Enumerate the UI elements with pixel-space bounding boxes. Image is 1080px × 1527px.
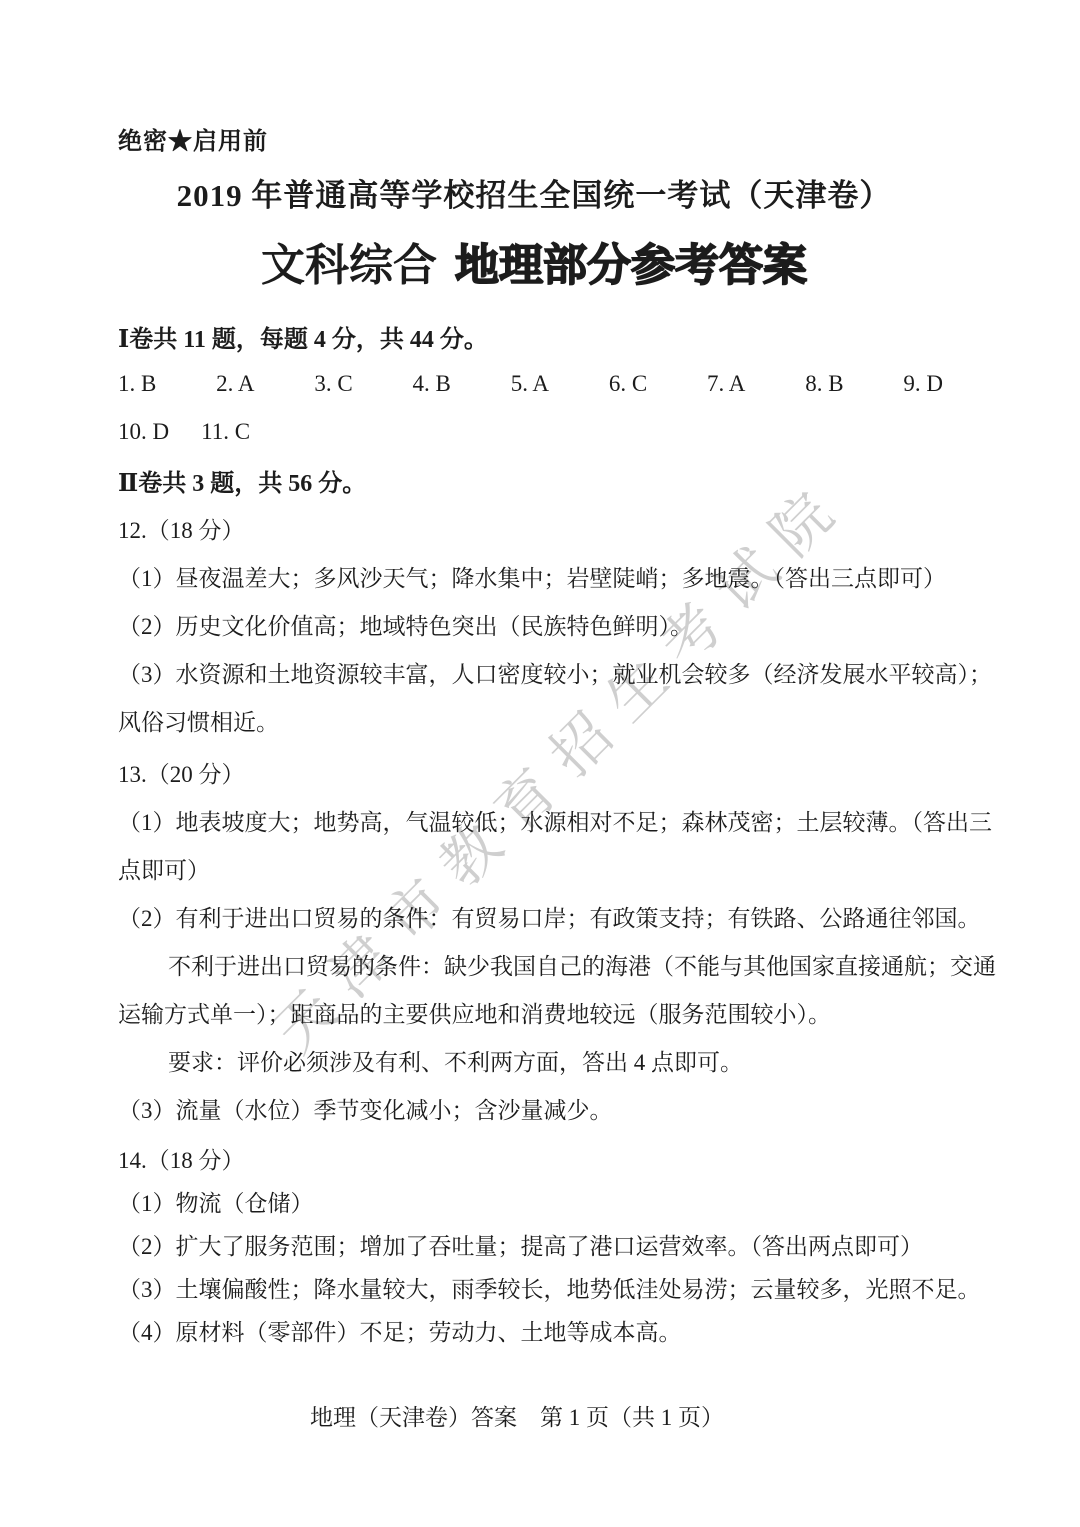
- part1-header: Ⅰ卷共 11 题，每题 4 分，共 44 分。: [118, 312, 950, 360]
- subject-title-liberal-arts: 文科综合: [261, 241, 437, 290]
- answers-row-1: 1. B 2. A 3. C 4. B 5. A 6. C 7. A 8. B …: [118, 360, 943, 408]
- exam-answer-page: 天津市教育招生考试院 绝密★启用前 2019 年普通高等学校招生全国统一考试（天…: [0, 0, 1080, 1527]
- q14-answer-line-2: （2）扩大了服务范围；增加了吞吐量；提高了港口运营效率。（答出两点即可）: [118, 1223, 950, 1266]
- q13-answer-line-2: 点即可）: [118, 844, 950, 892]
- q12-answer-line-2: （2）历史文化价值高；地域特色突出（民族特色鲜明）。: [118, 600, 950, 648]
- question-14-title: 14.（18 分）: [118, 1136, 950, 1180]
- answer-item-1: 1. B: [118, 371, 156, 397]
- q14-answer-line-4: （4）原材料（零部件）不足；劳动力、土地等成本高。: [118, 1309, 950, 1352]
- q13-answer-line-1: （1）地表坡度大；地势高，气温较低；水源相对不足；森林茂密；土层较薄。（答出三: [118, 796, 950, 844]
- q13-answer-line-6: 要求：评价必须涉及有利、不利两方面，答出 4 点即可。: [118, 1036, 950, 1084]
- answer-item-11: 11. C: [201, 419, 250, 445]
- answer-item-6: 6. C: [609, 371, 647, 397]
- question-12-title: 12.（18 分）: [118, 504, 950, 552]
- q13-answer-line-5: 运输方式单一）；距商品的主要供应地和消费地较远（服务范围较小）。: [118, 988, 950, 1036]
- question-13-title: 13.（20 分）: [118, 748, 950, 796]
- subject-title-geography-answers: 地理部分参考答案: [455, 241, 807, 290]
- secrecy-label: 绝密★启用前: [118, 128, 950, 156]
- exam-title: 2019 年普通高等学校招生全国统一考试（天津卷）: [118, 174, 950, 218]
- answer-item-10: 10. D: [118, 419, 169, 445]
- answer-item-5: 5. A: [511, 371, 549, 397]
- answer-item-7: 7. A: [707, 371, 745, 397]
- answer-item-9: 9. D: [903, 371, 943, 397]
- q13-answer-line-3: （2）有利于进出口贸易的条件：有贸易口岸；有政策支持；有铁路、公路通往邻国。: [118, 892, 950, 940]
- q13-answer-line-4: 不利于进出口贸易的条件：缺少我国自己的海港（不能与其他国家直接通航；交通: [118, 940, 950, 988]
- q12-answer-line-4: 风俗习惯相近。: [118, 696, 950, 744]
- page-footer: 地理（天津卷）答案 第 1 页（共 1 页）: [0, 1394, 1034, 1442]
- q12-answer-line-3: （3）水资源和土地资源较丰富，人口密度较小；就业机会较多（经济发展水平较高）；: [118, 648, 950, 696]
- answer-item-8: 8. B: [805, 371, 843, 397]
- q14-answer-line-1: （1）物流（仓储）: [118, 1180, 950, 1223]
- part2-header: Ⅱ卷共 3 题，共 56 分。: [118, 456, 950, 504]
- subject-title: 文科综合地理部分参考答案: [118, 238, 950, 294]
- q13-answer-line-7: （3）流量（水位）季节变化减小；含沙量减少。: [118, 1084, 950, 1132]
- answers-row-2: 10. D 11. C: [118, 408, 950, 456]
- q12-answer-line-1: （1）昼夜温差大；多风沙天气；降水集中；岩壁陡峭；多地震。（答出三点即可）: [118, 552, 950, 600]
- answer-item-2: 2. A: [216, 371, 254, 397]
- q14-answer-line-3: （3）土壤偏酸性；降水量较大，雨季较长，地势低洼处易涝；云量较多，光照不足。: [118, 1266, 950, 1309]
- answer-item-3: 3. C: [314, 371, 352, 397]
- answer-item-4: 4. B: [413, 371, 451, 397]
- document-content: 绝密★启用前 2019 年普通高等学校招生全国统一考试（天津卷） 文科综合地理部…: [118, 128, 950, 1352]
